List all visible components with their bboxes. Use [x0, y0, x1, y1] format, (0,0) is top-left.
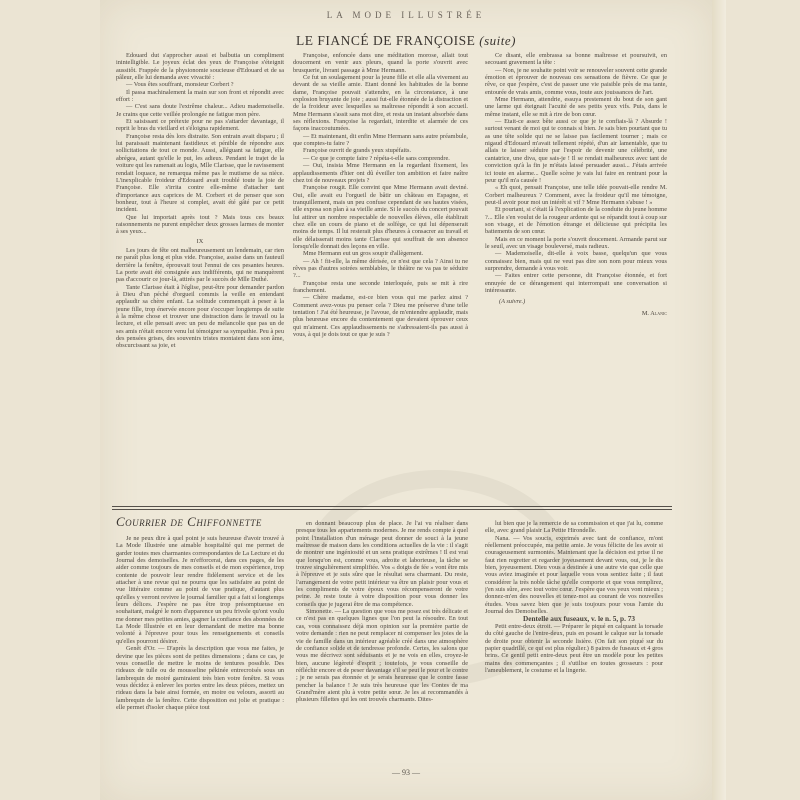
story-column-3: Ce disant, elle embrassa sa bonne maître… — [485, 52, 667, 482]
story-column-2: Françoise, enfoncée dans une méditation … — [293, 52, 468, 477]
paragraph: — Etait-ce assez bête aussi ce que je te… — [485, 118, 667, 184]
paragraph: — Et maintenant, dit enfin Mme Hermann s… — [293, 133, 468, 148]
paragraph: Et pourtant, si c'était là l'explication… — [485, 206, 667, 235]
paragraph: Que lui importait après tout ? Mais tous… — [116, 214, 284, 236]
running-head: LA MODE ILLUSTRÉE — [100, 10, 712, 20]
paragraph: Mais en ce moment la porte s'ouvrit douc… — [485, 236, 667, 251]
story-title-suffix: (suite) — [479, 33, 516, 48]
paragraph: — Mademoiselle, dit-elle à voix basse, q… — [485, 250, 667, 272]
paragraph: — C'est sans doute l'extrême chaleur... … — [116, 103, 284, 118]
paragraph: « Eh quoi, pensait Françoise, une telle … — [485, 184, 667, 206]
paragraph: Nana. — Vos soucis, exprimés avec tant d… — [485, 535, 663, 616]
paragraph: — Chère madame, est-ce bien vous qui me … — [293, 294, 468, 338]
courrier-column-1: Je ne peux dire à quel point je suis heu… — [116, 535, 284, 765]
paragraph: Ce fut un soulagement pour la jeune fill… — [293, 74, 468, 133]
paragraph: Et saisissant ce prétexte pour ne pas s'… — [116, 118, 284, 133]
paragraph: Je ne peux dire à quel point je suis heu… — [116, 535, 284, 645]
author-signature: M. Alanic — [485, 310, 667, 317]
courrier-column-3: lui bien que je la remercie de sa commis… — [485, 520, 663, 765]
paragraph: — Faites entrer cette personne, dit Fran… — [485, 272, 667, 294]
paragraph: Les jours de fête ont malheureusement un… — [116, 247, 284, 284]
paragraph: Françoise resta une seconde interloquée,… — [293, 280, 468, 295]
paragraph: Françoise ouvrit de grands yeux stupéfai… — [293, 147, 468, 154]
paragraph: — Oui, insista Mme Hermann en la regarda… — [293, 162, 468, 184]
courrier-column-2: en donnant beaucoup plus de place. Je l'… — [296, 520, 468, 765]
courrier-column-3-body: lui bien que je la remercie de sa commis… — [485, 520, 663, 615]
story-column-3-body: Ce disant, elle embrassa sa bonne maître… — [485, 52, 667, 294]
to-be-continued: (A suivre.) — [485, 298, 667, 305]
paragraph: Mme Hermann, attendrie, essuya prestemen… — [485, 96, 667, 118]
story-title-text: LE FIANCÉ DE FRANÇOISE — [296, 33, 475, 48]
paragraph: Françoise, enfoncée dans une méditation … — [293, 52, 468, 74]
paragraph: — Non, je ne souhaite point voir se reno… — [485, 67, 667, 96]
paragraph: Il passa machinalement la main sur son f… — [116, 89, 284, 104]
magazine-page: LA MODE ILLUSTRÉE LE FIANCÉ DE FRANÇOISE… — [100, 0, 712, 800]
courrier-title: Courrier de Chiffonnette — [116, 514, 262, 530]
page-number: — 93 — — [100, 768, 712, 777]
paragraph: — Ce que je compte faire ? répéta-t-elle… — [293, 155, 468, 162]
paragraph: Ce disant, elle embrassa sa bonne maître… — [485, 52, 667, 67]
paragraph: lui bien que je la remercie de sa commis… — [485, 520, 663, 535]
paragraph: Françoise rougit. Elle convint que Mme H… — [293, 184, 468, 250]
story-title: LE FIANCÉ DE FRANÇOISE (suite) — [100, 33, 712, 49]
paragraph: — Vous êtes souffrant, monsieur Corbert … — [116, 81, 284, 88]
paragraph: en donnant beaucoup plus de place. Je l'… — [296, 520, 468, 608]
dentelle-heading: Dentelle aux fuseaux, v. le n. 5, p. 73 — [485, 615, 663, 622]
paragraph: IX — [116, 238, 284, 245]
paragraph: Simonette. — La question que vous me pos… — [296, 608, 468, 703]
paragraph: Françoise resta dès lors distraite. Son … — [116, 133, 284, 214]
paragraph: Tante Clarisse était à l'église, peut-êt… — [116, 284, 284, 350]
dentelle-text: Petit entre-deux étroit. — Préparer le p… — [485, 623, 663, 674]
paragraph: — Ah ! fit-elle, la même dérisée, ce n'e… — [293, 258, 468, 280]
paragraph: Edouard dut s'approcher aussi et balbuti… — [116, 52, 284, 81]
story-column-1: Edouard dut s'approcher aussi et balbuti… — [116, 52, 284, 477]
paragraph: Genêt d'Or. — D'après la description que… — [116, 645, 284, 711]
section-divider — [112, 506, 672, 510]
paragraph: Mme Hermann eut un gros soupir d'allègem… — [293, 250, 468, 257]
